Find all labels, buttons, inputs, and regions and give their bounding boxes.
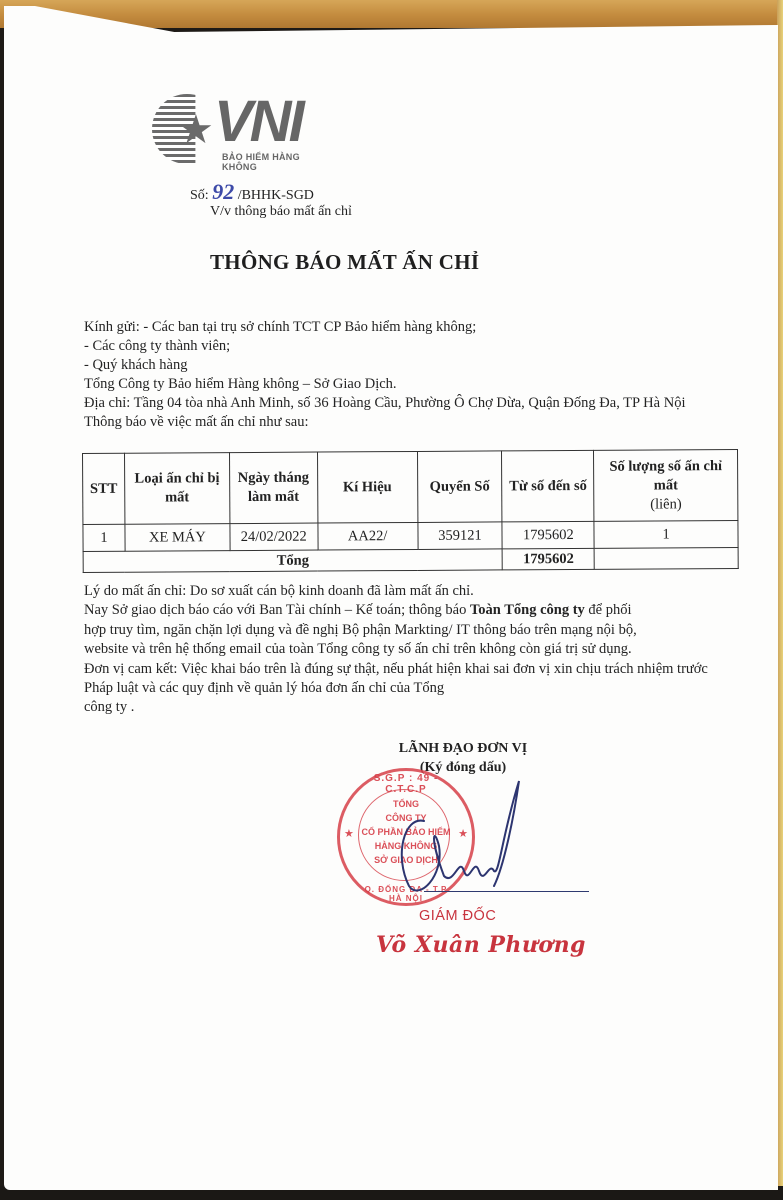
report-paragraph: Nay Sở giao dịch báo cáo với Ban Tài chí… (84, 601, 644, 660)
table-header-row: STT Loại ấn chỉ bị mất Ngày tháng làm mấ… (83, 449, 738, 524)
table-total-row: Tổng 1795602 (83, 547, 738, 572)
signature-underline (424, 891, 589, 892)
reference-number: 92 (212, 179, 234, 204)
sender-line: Tổng Công ty Bảo hiểm Hàng không – Sở Gi… (84, 375, 397, 394)
reference-label: Số: (190, 188, 209, 203)
document-page: ★ VNI BẢO HIỂM HÀNG KHÔNG Số: 92 /BHHK-S… (4, 6, 778, 1190)
cell-type: XE MÁY (125, 524, 230, 552)
addressee-line: Kính gửi: - Các ban tại trụ sở chính TCT… (84, 318, 476, 337)
header-date: Ngày tháng làm mất (229, 452, 317, 524)
header-book: Quyển Số (417, 451, 502, 523)
header-symbol: Kí Hiệu (317, 451, 417, 523)
document-reference: Số: 92 /BHHK-SGD (190, 182, 314, 206)
document-title: THÔNG BÁO MẤT ẤN CHỈ (210, 250, 479, 275)
vni-logo: ★ VNI BẢO HIỂM HÀNG KHÔNG (152, 94, 332, 174)
logo-brand: VNI (214, 88, 302, 155)
address-line: Địa chỉ: Tầng 04 tòa nhà Anh Minh, số 36… (84, 394, 685, 413)
table-row: 1 XE MÁY 24/02/2022 AA22/ 359121 1795602… (83, 520, 738, 551)
header-quantity-unit: (liên) (599, 495, 734, 515)
intro-line: Thông báo về việc mất ấn chỉ như sau: (84, 413, 309, 432)
star-icon: ★ (178, 110, 214, 150)
signature-title: LÃNH ĐẠO ĐƠN VỊ (378, 739, 548, 758)
report-text-bold: Toàn Tổng công ty (470, 602, 585, 618)
total-quantity (594, 547, 738, 569)
logo-tagline: BẢO HIỂM HÀNG KHÔNG (222, 152, 332, 172)
cell-stt: 1 (83, 524, 125, 551)
header-quantity: Số lượng số ấn chỉ mất (liên) (594, 449, 738, 521)
report-text-start: Nay Sở giao dịch báo cáo với Ban Tài chí… (84, 602, 470, 618)
reason-paragraph: Lý do mất ấn chỉ: Do sơ xuất cán bộ kinh… (84, 582, 754, 602)
addressee-line: - Quý khách hàng (84, 356, 187, 375)
cell-range: 1795602 (502, 521, 594, 549)
header-stt: STT (83, 453, 125, 524)
lost-documents-table: STT Loại ấn chỉ bị mất Ngày tháng làm mấ… (82, 449, 739, 573)
signer-name: Võ Xuân Phương (376, 932, 586, 958)
addressee-line: - Các công ty thành viên; (84, 337, 230, 356)
header-range: Từ số đến số (502, 450, 594, 522)
header-type: Loại ấn chỉ bị mất (124, 453, 229, 525)
total-label: Tổng (83, 549, 503, 573)
total-range: 1795602 (502, 548, 594, 570)
document-subject: V/v thông báo mất ấn chỉ (210, 204, 352, 220)
header-quantity-label: Số lượng số ấn chỉ mất (598, 457, 733, 496)
commitment-line: công ty . (84, 698, 754, 718)
commitment-line: Pháp luật và các quy định về quản lý hóa… (84, 679, 754, 699)
commitment-line: Đơn vị cam kết: Việc khai báo trên là đú… (84, 660, 754, 680)
cell-quantity: 1 (594, 520, 738, 548)
signer-role: GIÁM ĐỐC (419, 908, 496, 924)
cell-date: 24/02/2022 (230, 523, 318, 551)
cell-symbol: AA22/ (318, 522, 418, 550)
reference-suffix: /BHHK-SGD (238, 188, 314, 203)
cell-book: 359121 (417, 522, 502, 550)
handwritten-signature (384, 776, 604, 906)
